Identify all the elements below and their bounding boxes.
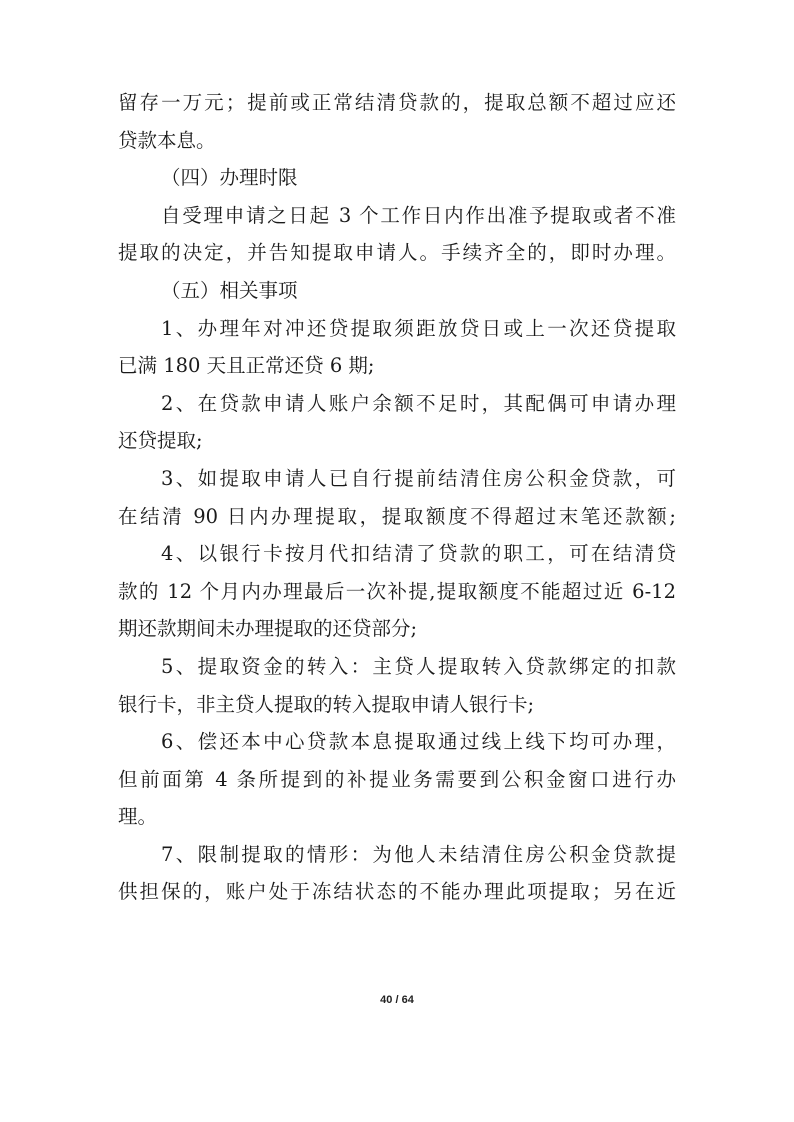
list-item-1: 1、办理年对冲还贷提取须距放贷日或上一次还贷提取 <box>118 310 676 348</box>
document-page: 留存一万元；提前或正常结清贷款的，提取总额不超过应还 贷款本息。 （四）办理时限… <box>118 84 676 911</box>
text-line: 已满 180 天且正常还贷 6 期; <box>118 347 676 385</box>
text-line: 但前面第 4 条所提到的补提业务需要到公积金窗口进行办 <box>118 761 676 799</box>
paragraph-start: 自受理申请之日起 3 个工作日内作出准予提取或者不准 <box>118 197 676 235</box>
list-item-3: 3、如提取申请人已自行提前结清住房公积金贷款，可 <box>118 460 676 498</box>
text-line: 留存一万元；提前或正常结清贷款的，提取总额不超过应还 <box>118 84 676 122</box>
list-item-7: 7、限制提取的情形：为他人未结清住房公积金贷款提 <box>118 836 676 874</box>
text-line: 银行卡，非主贷人提取的转入提取申请人银行卡; <box>118 686 676 724</box>
list-item-2: 2、在贷款申请人账户余额不足时，其配偶可申请办理 <box>118 385 676 423</box>
text-line: 期还款期间未办理提取的还贷部分; <box>118 610 676 648</box>
text-line: 在结清 90 日内办理提取，提取额度不得超过末笔还款额; <box>118 498 676 536</box>
list-item-6: 6、偿还本中心贷款本息提取通过线上线下均可办理， <box>118 723 676 761</box>
text-line: 提取的决定，并告知提取申请人。手续齐全的，即时办理。 <box>118 234 676 272</box>
text-line: 供担保的，账户处于冻结状态的不能办理此项提取；另在近 <box>118 873 676 911</box>
list-item-4: 4、以银行卡按月代扣结清了贷款的职工，可在结清贷 <box>118 535 676 573</box>
section-heading: （五）相关事项 <box>118 272 676 310</box>
text-line: 款的 12 个月内办理最后一次补提,提取额度不能超过近 6-12 <box>118 573 676 611</box>
section-heading: （四）办理时限 <box>118 159 676 197</box>
list-item-5: 5、提取资金的转入：主贷人提取转入贷款绑定的扣款 <box>118 648 676 686</box>
text-line: 还贷提取; <box>118 422 676 460</box>
page-number: 40 / 64 <box>0 994 794 1006</box>
text-line: 理。 <box>118 798 676 836</box>
text-line: 贷款本息。 <box>118 122 676 160</box>
